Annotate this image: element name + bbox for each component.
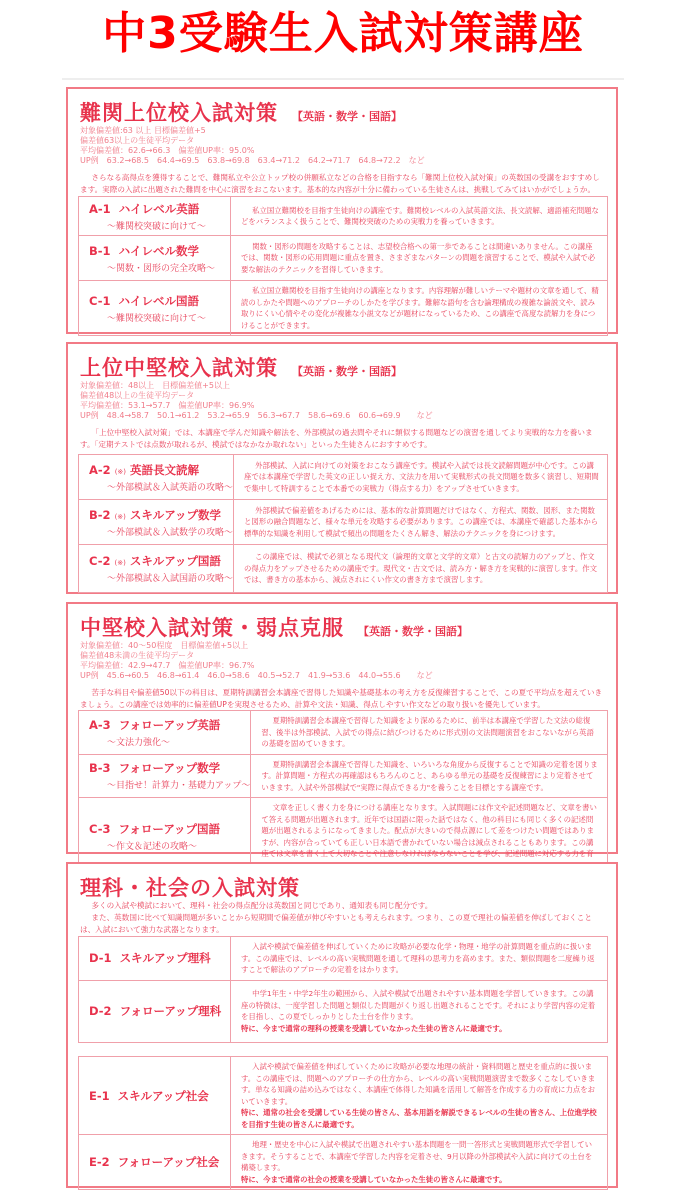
intro-line: 多くの入試や模試において、理科・社会の得点配分は英数国と同じであり、通知表も同じ…	[80, 900, 606, 912]
description-text: 外部模試、入試に向けての対策をおこなう講座です。模試や入試では長文読解問題が中心…	[244, 461, 599, 493]
course-code: A-1	[89, 202, 111, 216]
course-row: C-1 ハイレベル国語 〜難関校突破に向けて〜 私立国立難関校を目指す生徒向けの…	[79, 281, 608, 336]
course-subtitle: 〜難関校突破に向けて〜	[89, 219, 230, 232]
section-title: 中堅校入試対策・弱点克服	[80, 616, 344, 640]
section-subjects: 【英語・数学・国語】	[292, 365, 402, 378]
course-code: E-1	[89, 1089, 110, 1103]
course-name: スキルアップ理科	[120, 951, 211, 965]
course-row: B-2 (※) スキルアップ数学 〜外部模試＆入試数学の攻略〜 外部模試で偏差値…	[79, 500, 608, 545]
course-title-cell: E-1 スキルアップ社会	[79, 1057, 231, 1135]
social-course-table: E-1 スキルアップ社会 入試や模試で偏差値を伸ばしていくために攻略が必要な地理…	[78, 1056, 608, 1190]
course-subtitle: 〜関数・図形の完全攻略〜	[89, 261, 230, 274]
course-row: C-2 (※) スキルアップ国語 〜外部模試＆入試国語の攻略〜 この講座では、模…	[79, 545, 608, 593]
course-row: D-1 スキルアップ理科 入試や模試で偏差値を伸ばしていくために攻略が必要な化学…	[79, 937, 608, 981]
intro-text: 苦手な科目や偏差値50以下の科目は、夏期特訓講習会本講座で習得した知識や基礎基本…	[80, 687, 606, 711]
intro-text: 「上位中堅校入試対策」では、本講座で学んだ知識や解法を、外部模試の過去問やそれに…	[80, 427, 606, 451]
title-divider	[62, 78, 624, 80]
course-title-cell: B-1 ハイレベル数学 〜関数・図形の完全攻略〜	[79, 236, 231, 281]
course-title-cell: B-2 (※) スキルアップ数学 〜外部模試＆入試数学の攻略〜	[79, 500, 234, 545]
course-subtitle: 〜文法力強化〜	[89, 735, 250, 748]
description-text: 私立国立難関校を目指す生徒向けの講座となります。内容理解が難しいテーマや題材の文…	[241, 286, 599, 330]
target-info: 対象偏差値:63 以上 目標偏差値+5	[80, 126, 206, 136]
section-intro: 苦手な科目や偏差値50以下の科目は、夏期特訓講習会本講座で習得した知識や基礎基本…	[80, 687, 606, 711]
course-row: A-3 フォローアップ英語 〜文法力強化〜 夏期特訓講習会本講座で習得した知識を…	[79, 711, 608, 755]
course-name: フォローアップ国語	[119, 822, 221, 836]
description-text: 文章を正しく書く力を身につける講座となります。入試問題には作文や記述問題など、文…	[261, 803, 597, 870]
course-subtitle: 〜外部模試＆入試英語の攻略〜	[89, 480, 233, 493]
description-text: 入試や模試で偏差値を伸ばしていくために攻略が必要な化学・物理・地学の計算問題を重…	[241, 942, 595, 974]
description-text: 夏期特訓講習会本講座で習得した知識をより深めるために、前半は本講座で学習した文法…	[261, 716, 594, 748]
course-description: 私立国立難関校を目指す生徒向けの講座となります。内容理解が難しいテーマや題材の文…	[231, 281, 608, 336]
course-description: 外部模試、入試に向けての対策をおこなう講座です。模試や入試では長文読解問題が中心…	[234, 455, 608, 500]
description-text: 関数・図形の問題を攻略することは、志望校合格への第一歩であることは間違いありませ…	[241, 242, 595, 274]
course-title-cell: D-2 フォローアップ理科	[79, 980, 231, 1042]
course-code: B-1	[89, 244, 111, 258]
data-heading: 偏差値48未満の生徒平均データ	[80, 651, 194, 661]
course-row: A-2 (※) 英語長文読解 〜外部模試＆入試英語の攻略〜 外部模試、入試に向け…	[79, 455, 608, 500]
course-row: D-2 フォローアップ理科 中学1年生・中学2年生の範囲から、入試や模試で出題さ…	[79, 980, 608, 1042]
course-title-cell: A-2 (※) 英語長文読解 〜外部模試＆入試英語の攻略〜	[79, 455, 234, 500]
science-course-table: D-1 スキルアップ理科 入試や模試で偏差値を伸ばしていくために攻略が必要な化学…	[78, 936, 608, 1043]
up-examples: UP例 48.4→58.7 50.1→61.2 53.2→65.9 56.3→6…	[80, 411, 433, 421]
course-name: スキルアップ国語	[130, 554, 221, 568]
section-subjects: 【英語・数学・国語】	[292, 110, 402, 123]
course-name: ハイレベル国語	[119, 294, 200, 308]
course-name: フォローアップ社会	[118, 1155, 220, 1169]
course-row: E-1 スキルアップ社会 入試や模試で偏差値を伸ばしていくために攻略が必要な地理…	[79, 1057, 608, 1135]
course-note: (※)	[115, 513, 126, 521]
course-code: E-2	[89, 1155, 110, 1169]
course-code: D-2	[89, 1004, 112, 1018]
course-note: (※)	[115, 559, 126, 567]
section-joui-chuuken: 上位中堅校入試対策【英語・数学・国語】 対象偏差値：48以上 目標偏差値+5以上…	[66, 342, 618, 594]
course-name: ハイレベル英語	[119, 202, 200, 216]
course-table: A-1 ハイレベル英語 〜難関校突破に向けて〜 私立国立難関校を目指す生徒向けの…	[78, 196, 608, 336]
section-title: 難関上位校入試対策	[80, 101, 278, 125]
intro-text: さらなる高得点を獲得することで、難関私立や公立トップ校の併願私立などの合格を目指…	[80, 172, 606, 196]
section-header: 中堅校入試対策・弱点克服【英語・数学・国語】	[80, 612, 468, 642]
course-title-cell: C-1 ハイレベル国語 〜難関校突破に向けて〜	[79, 281, 231, 336]
course-name: フォローアップ英語	[119, 718, 221, 732]
description-text: 地理・歴史を中心に入試や模試で出題されやすい基本問題を一問一答形式と実戦問題形式…	[241, 1140, 592, 1172]
section-header: 難関上位校入試対策【英語・数学・国語】	[80, 97, 402, 127]
course-code: B-3	[89, 761, 111, 775]
course-name: フォローアップ数学	[119, 761, 221, 775]
course-description: 夏期特訓講習会本講座で習得した知識をより深めるために、前半は本講座で学習した文法…	[251, 711, 608, 755]
course-subtitle: 〜外部模試＆入試国語の攻略〜	[89, 571, 233, 584]
emphasis-text: 特に、今まで通常の理科の授業を受講していなかった生徒の皆さんに最適です。	[241, 1024, 506, 1033]
course-code: C-1	[89, 294, 110, 308]
course-description: 入試や模試で偏差値を伸ばしていくために攻略が必要な地理の統計・資料問題と歴史を重…	[231, 1057, 608, 1135]
course-subtitle: 〜目指せ！計算力・基礎力アップ〜	[89, 778, 250, 791]
course-title-cell: E-2 フォローアップ社会	[79, 1135, 231, 1190]
section-intro: 「上位中堅校入試対策」では、本講座で学んだ知識や解法を、外部模試の過去問やそれに…	[80, 427, 606, 451]
course-title-cell: D-1 スキルアップ理科	[79, 937, 231, 981]
page-title: 中3受験生入試対策講座	[0, 6, 686, 62]
course-description: 中学1年生・中学2年生の範囲から、入試や模試で出題されやすい基本問題を学習してい…	[231, 980, 608, 1042]
course-name: ハイレベル数学	[119, 244, 200, 258]
course-row: B-3 フォローアップ数学 〜目指せ！計算力・基礎力アップ〜 夏期特訓講習会本講…	[79, 754, 608, 798]
average-stats: 平均偏差値：53.1→57.7 偏差値UP率：96.9%	[80, 401, 254, 411]
course-name: 英語長文読解	[130, 463, 199, 477]
description-text: 私立国立難関校を目指す生徒向けの講座です。難関校レベルの入試英語文法、長文読解、…	[241, 206, 599, 227]
section-title: 上位中堅校入試対策	[80, 356, 278, 380]
section-intro: さらなる高得点を獲得することで、難関私立や公立トップ校の併願私立などの合格を目指…	[80, 172, 606, 196]
description-text: 中学1年生・中学2年生の範囲から、入試や模試で出題されやすい基本問題を学習してい…	[241, 989, 595, 1021]
course-name: フォローアップ理科	[120, 1004, 222, 1018]
course-table: A-2 (※) 英語長文読解 〜外部模試＆入試英語の攻略〜 外部模試、入試に向け…	[78, 454, 608, 593]
section-intro: 多くの入試や模試において、理科・社会の得点配分は英数国と同じであり、通知表も同じ…	[80, 900, 606, 936]
data-heading: 偏差値63以上の生徒平均データ	[80, 136, 194, 146]
target-info: 対象偏差値：48以上 目標偏差値+5以上	[80, 381, 230, 391]
course-description: この講座では、模試で必須となる現代文（論理的文章と文学的文章）と古文の読解力のア…	[234, 545, 608, 593]
course-description: 夏期特訓講習会本講座で習得した知識を、いろいろな角度から反復することで知識の定着…	[251, 754, 608, 798]
course-description: 地理・歴史を中心に入試や模試で出題されやすい基本問題を一問一答形式と実戦問題形式…	[231, 1135, 608, 1190]
course-row: B-1 ハイレベル数学 〜関数・図形の完全攻略〜 関数・図形の問題を攻略すること…	[79, 236, 608, 281]
description-text: 夏期特訓講習会本講座で習得した知識を、いろいろな角度から反復することで知識の定着…	[261, 760, 597, 792]
course-description: 入試や模試で偏差値を伸ばしていくために攻略が必要な化学・物理・地学の計算問題を重…	[231, 937, 608, 981]
section-title: 理科・社会の入試対策	[80, 876, 300, 900]
description-text: 入試や模試で偏差値を伸ばしていくために攻略が必要な地理の統計・資料問題と歴史を重…	[241, 1062, 595, 1106]
section-nankan-joui: 難関上位校入試対策【英語・数学・国語】 対象偏差値:63 以上 目標偏差値+5 …	[66, 87, 618, 334]
course-note: (※)	[115, 468, 126, 476]
course-title-cell: C-2 (※) スキルアップ国語 〜外部模試＆入試国語の攻略〜	[79, 545, 234, 593]
course-row: A-1 ハイレベル英語 〜難関校突破に向けて〜 私立国立難関校を目指す生徒向けの…	[79, 197, 608, 236]
section-header: 理科・社会の入試対策	[80, 872, 300, 902]
emphasis-text: 特に、通常の社会を受講している生徒の皆さん、基本用語を解説できるレベルの生徒の皆…	[241, 1108, 597, 1129]
intro-line: また、英数国に比べて知識問題が多いことから短期間で偏差値が伸びやすいとも考えられ…	[80, 912, 606, 936]
section-rika-shakai: 理科・社会の入試対策 多くの入試や模試において、理科・社会の得点配分は英数国と同…	[66, 862, 618, 1188]
course-code: A-2	[89, 463, 111, 477]
average-stats: 平均偏差値：42.9→47.7 偏差値UP率：96.7%	[80, 661, 254, 671]
section-subjects: 【英語・数学・国語】	[358, 625, 468, 638]
course-description: 外部模試で偏差値をあげるためには、基本的な計算問題だけではなく、方程式、関数、図…	[234, 500, 608, 545]
course-name: スキルアップ社会	[118, 1089, 209, 1103]
course-code: C-2	[89, 554, 110, 568]
course-description: 関数・図形の問題を攻略することは、志望校合格への第一歩であることは間違いありませ…	[231, 236, 608, 281]
course-title-cell: A-3 フォローアップ英語 〜文法力強化〜	[79, 711, 251, 755]
course-subtitle: 〜外部模試＆入試数学の攻略〜	[89, 525, 233, 538]
emphasis-text: 特に、今まで通常の社会の授業を受講していなかった生徒の皆さんに最適です。	[241, 1175, 506, 1184]
description-text: この講座では、模試で必須となる現代文（論理的文章と文学的文章）と古文の読解力のア…	[244, 552, 597, 584]
average-stats: 平均偏差値：62.6→66.3 偏差値UP率：95.0%	[80, 146, 254, 156]
course-subtitle: 〜難関校突破に向けて〜	[89, 311, 230, 324]
course-code: B-2	[89, 508, 111, 522]
course-code: D-1	[89, 951, 112, 965]
data-heading: 偏差値48以上の生徒平均データ	[80, 391, 194, 401]
course-table: A-3 フォローアップ英語 〜文法力強化〜 夏期特訓講習会本講座で習得した知識を…	[78, 710, 608, 876]
course-subtitle: 〜作文＆記述の攻略〜	[89, 839, 250, 852]
section-header: 上位中堅校入試対策【英語・数学・国語】	[80, 352, 402, 382]
course-description: 私立国立難関校を目指す生徒向けの講座です。難関校レベルの入試英語文法、長文読解、…	[231, 197, 608, 236]
course-title-cell: B-3 フォローアップ数学 〜目指せ！計算力・基礎力アップ〜	[79, 754, 251, 798]
course-code: A-3	[89, 718, 111, 732]
description-text: 外部模試で偏差値をあげるためには、基本的な計算問題だけではなく、方程式、関数、図…	[244, 506, 598, 538]
course-title-cell: A-1 ハイレベル英語 〜難関校突破に向けて〜	[79, 197, 231, 236]
target-info: 対象偏差値：40〜50程度 目標偏差値+5以上	[80, 641, 248, 651]
course-name: スキルアップ数学	[130, 508, 221, 522]
section-chuuken-jakuten: 中堅校入試対策・弱点克服【英語・数学・国語】 対象偏差値：40〜50程度 目標偏…	[66, 602, 618, 854]
course-row: E-2 フォローアップ社会 地理・歴史を中心に入試や模試で出題されやすい基本問題…	[79, 1135, 608, 1190]
up-examples: UP例 63.2→68.5 64.4→69.5 63.8→69.8 63.4→7…	[80, 156, 425, 166]
course-code: C-3	[89, 822, 110, 836]
up-examples: UP例 45.6→60.5 46.8→61.4 46.0→58.6 40.5→5…	[80, 671, 433, 681]
